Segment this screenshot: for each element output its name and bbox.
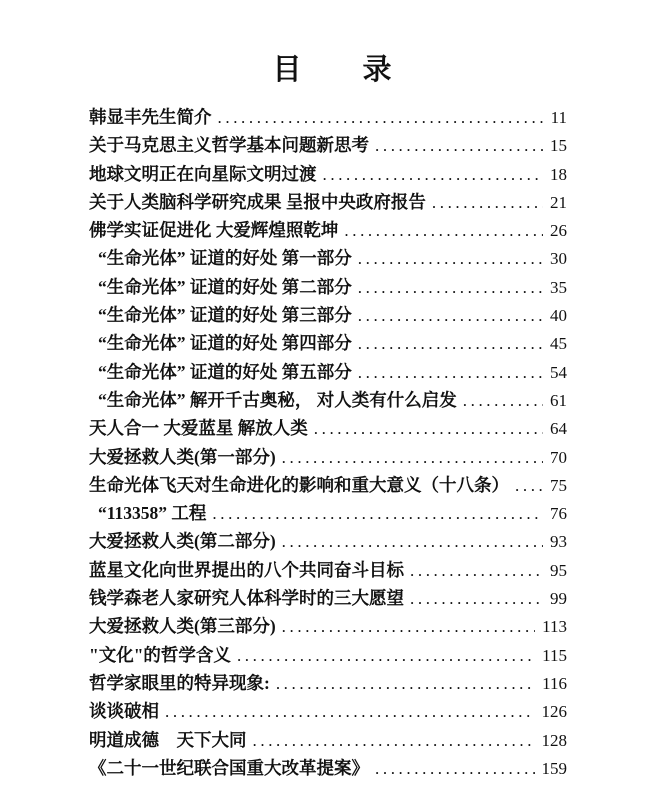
page-number: 26 [550,217,567,245]
entry-title: 大爱拯救人类(第三部分) [89,612,276,640]
entry-title: 《二十一世纪联合国重大改革提案》 [89,754,369,782]
dot-leader [344,217,543,245]
entry-title: 大爱拯救人类(第二部分) [89,527,276,555]
page-number: 70 [550,444,567,472]
dot-leader [375,755,535,783]
page-number: 95 [550,557,567,585]
page-title: 目 录 [0,54,665,86]
toc-entry: 谈谈破相 126 [89,697,567,725]
toc-entry: 韩显丰先生简介 11 [89,103,567,131]
entry-title: “生命光体” 证道的好处 第一部分 [98,244,352,272]
toc-entry: “113358” 工程 76 [89,499,567,527]
page-number: 93 [550,528,567,556]
toc-entry: "文化"的哲学含义 115 [89,641,567,669]
page-number: 126 [542,698,568,726]
dot-leader [276,670,535,698]
toc-entry: “生命光体” 证道的好处 第一部分 30 [89,244,567,272]
dot-leader [358,274,543,302]
entry-title: 生命光体飞天对生命进化的影响和重大意义（十八条） [89,471,509,499]
dot-leader [323,161,544,189]
page-number: 75 [550,472,567,500]
dot-leader [463,387,543,415]
entry-title: 佛学实证促进化 大爱辉煌照乾坤 [89,216,338,244]
dot-leader [282,528,543,556]
entry-title: “113358” 工程 [98,499,206,527]
toc-entry: 大爱拯救人类(第二部分) 93 [89,527,567,555]
dot-leader [515,472,543,500]
page-number: 115 [542,642,567,670]
page-number: 99 [550,585,567,613]
dot-leader [432,189,543,217]
toc-entry: 关于马克思主义哲学基本问题新思考 15 [89,131,567,159]
toc-list: 韩显丰先生简介 11 关于马克思主义哲学基本问题新思考 15 地球文明正在向星际… [89,103,567,782]
dot-leader [282,444,543,472]
toc-document-page: { "toc": { "title": "目 录", "entries": [ … [0,0,665,808]
entry-title: 韩显丰先生简介 [89,103,212,131]
entry-title: “生命光体” 解开千古奥秘， 对人类有什么启发 [98,386,457,414]
page-number: 45 [550,330,567,358]
toc-entry: 哲学家眼里的特异现象: 116 [89,669,567,697]
entry-title: 关于马克思主义哲学基本问题新思考 [89,131,369,159]
toc-entry: 大爱拯救人类(第一部分) 70 [89,443,567,471]
toc-entry: 明道成德 天下大同 128 [89,726,567,754]
dot-leader [410,557,543,585]
toc-entry: 地球文明正在向星际文明过渡 18 [89,160,567,188]
page-number: 61 [550,387,567,415]
page-number: 76 [550,500,567,528]
page-number: 40 [550,302,567,330]
dot-leader [358,359,543,387]
toc-entry: 佛学实证促进化 大爱辉煌照乾坤 26 [89,216,567,244]
entry-title: 大爱拯救人类(第一部分) [89,443,276,471]
entry-title: “生命光体” 证道的好处 第四部分 [98,329,352,357]
page-number: 159 [542,755,568,783]
dot-leader [253,727,535,755]
entry-title: “生命光体” 证道的好处 第三部分 [98,301,352,329]
page-number: 116 [542,670,567,698]
entry-title: “生命光体” 证道的好处 第二部分 [98,273,352,301]
entry-title: 蓝星文化向世界提出的八个共同奋斗目标 [89,556,404,584]
dot-leader [410,585,543,613]
entry-title: “生命光体” 证道的好处 第五部分 [98,358,352,386]
toc-entry: “生命光体” 证道的好处 第三部分 40 [89,301,567,329]
entry-title: 明道成德 天下大同 [89,726,247,754]
page-number: 30 [550,245,567,273]
toc-entry: “生命光体” 解开千古奥秘， 对人类有什么启发 61 [89,386,567,414]
dot-leader [218,104,544,132]
dot-leader [358,302,543,330]
page-number: 113 [542,613,567,641]
toc-entry: 《二十一世纪联合国重大改革提案》 159 [89,754,567,782]
page-number: 35 [550,274,567,302]
toc-entry: 大爱拯救人类(第三部分) 113 [89,612,567,640]
toc-entry: 钱学森老人家研究人体科学时的三大愿望 99 [89,584,567,612]
entry-title: 哲学家眼里的特异现象: [89,669,270,697]
dot-leader [358,330,543,358]
entry-title: 钱学森老人家研究人体科学时的三大愿望 [89,584,404,612]
entry-title: "文化"的哲学含义 [89,641,231,669]
page-number: 11 [551,104,567,132]
toc-entry: “生命光体” 证道的好处 第二部分 35 [89,273,567,301]
toc-entry: “生命光体” 证道的好处 第五部分 54 [89,358,567,386]
dot-leader [237,642,535,670]
page-number: 21 [550,189,567,217]
toc-entry: 天人合一 大爱蓝星 解放人类 64 [89,414,567,442]
entry-title: 地球文明正在向星际文明过渡 [89,160,317,188]
toc-entry: “生命光体” 证道的好处 第四部分 45 [89,329,567,357]
entry-title: 关于人类脑科学研究成果 呈报中央政府报告 [89,188,426,216]
page-number: 15 [550,132,567,160]
dot-leader [282,613,535,641]
dot-leader [375,132,543,160]
toc-entry: 关于人类脑科学研究成果 呈报中央政府报告 21 [89,188,567,216]
dot-leader [314,415,543,443]
page-number: 64 [550,415,567,443]
toc-entry: 蓝星文化向世界提出的八个共同奋斗目标 95 [89,556,567,584]
toc-entry: 生命光体飞天对生命进化的影响和重大意义（十八条） 75 [89,471,567,499]
page-number: 54 [550,359,567,387]
page-number: 18 [550,161,567,189]
page-number: 128 [542,727,568,755]
dot-leader [165,698,535,726]
dot-leader [212,500,543,528]
entry-title: 谈谈破相 [89,697,159,725]
entry-title: 天人合一 大爱蓝星 解放人类 [89,414,308,442]
dot-leader [358,245,543,273]
